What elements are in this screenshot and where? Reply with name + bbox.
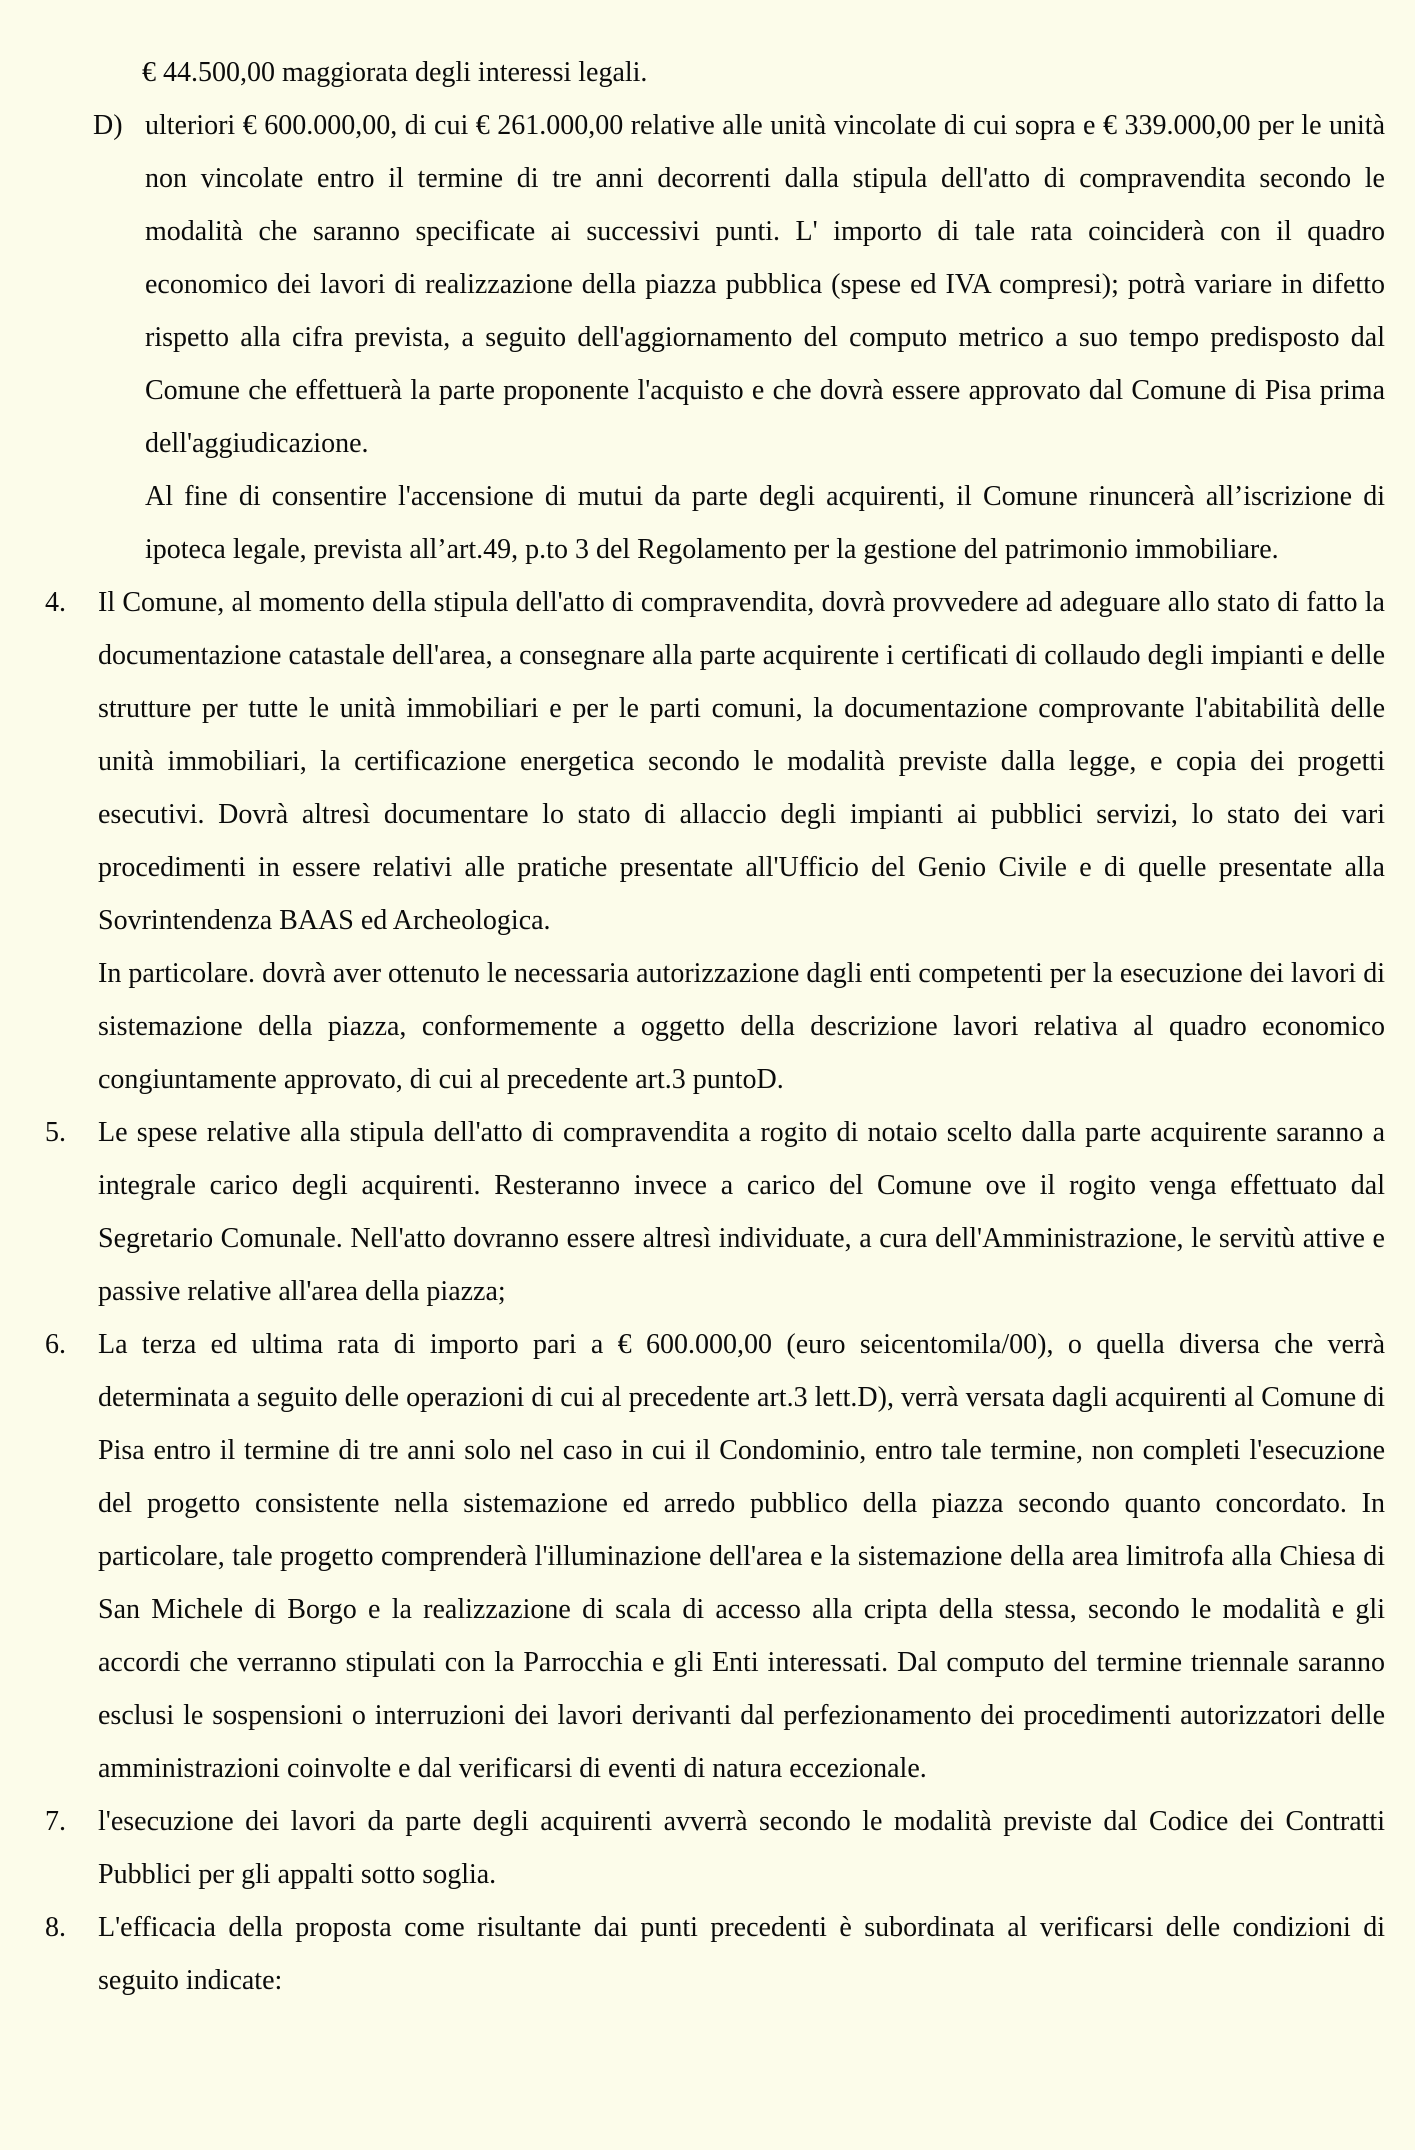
lettered-item-D-marker: D) [93,99,123,152]
numbered-item-7: 7. l'esecuzione dei lavori da parte degl… [98,1795,1385,1901]
paragraph-al-fine-text: Al fine di consentire l'accensione di mu… [145,481,1385,565]
paragraph-in-particolare: In particolare. dovrà aver ottenuto le n… [98,947,1385,1106]
paragraph-al-fine: Al fine di consentire l'accensione di mu… [145,470,1385,576]
paragraph-in-particolare-text: In particolare. dovrà aver ottenuto le n… [98,958,1385,1095]
numbered-item-6-text: La terza ed ultima rata di importo pari … [98,1329,1385,1784]
numbered-item-5-text: Le spese relative alla stipula dell'atto… [98,1117,1385,1307]
lettered-item-D: D) ulteriori € 600.000,00, di cui € 261.… [145,99,1385,470]
numbered-item-6: 6. La terza ed ultima rata di importo pa… [98,1318,1385,1795]
numbered-item-8-text: L'efficacia della proposta come risultan… [98,1912,1385,1996]
numbered-item-7-marker: 7. [45,1795,66,1848]
amount-continuation-line: € 44.500,00 maggiorata degli interessi l… [142,46,1385,99]
numbered-item-8-marker: 8. [45,1901,66,1954]
numbered-item-7-text: l'esecuzione dei lavori da parte degli a… [98,1806,1385,1890]
amount-continuation-text: € 44.500,00 maggiorata degli interessi l… [142,57,647,88]
numbered-item-4: 4. Il Comune, al momento della stipula d… [98,576,1385,947]
lettered-item-D-text: ulteriori € 600.000,00, di cui € 261.000… [145,110,1385,459]
numbered-item-4-text: Il Comune, al momento della stipula dell… [98,587,1385,936]
numbered-item-5: 5. Le spese relative alla stipula dell'a… [98,1106,1385,1318]
numbered-item-6-marker: 6. [45,1318,66,1371]
numbered-item-8: 8. L'efficacia della proposta come risul… [98,1901,1385,2007]
numbered-item-5-marker: 5. [45,1106,66,1159]
numbered-item-4-marker: 4. [45,576,66,629]
document-page: € 44.500,00 maggiorata degli interessi l… [0,0,1415,2150]
